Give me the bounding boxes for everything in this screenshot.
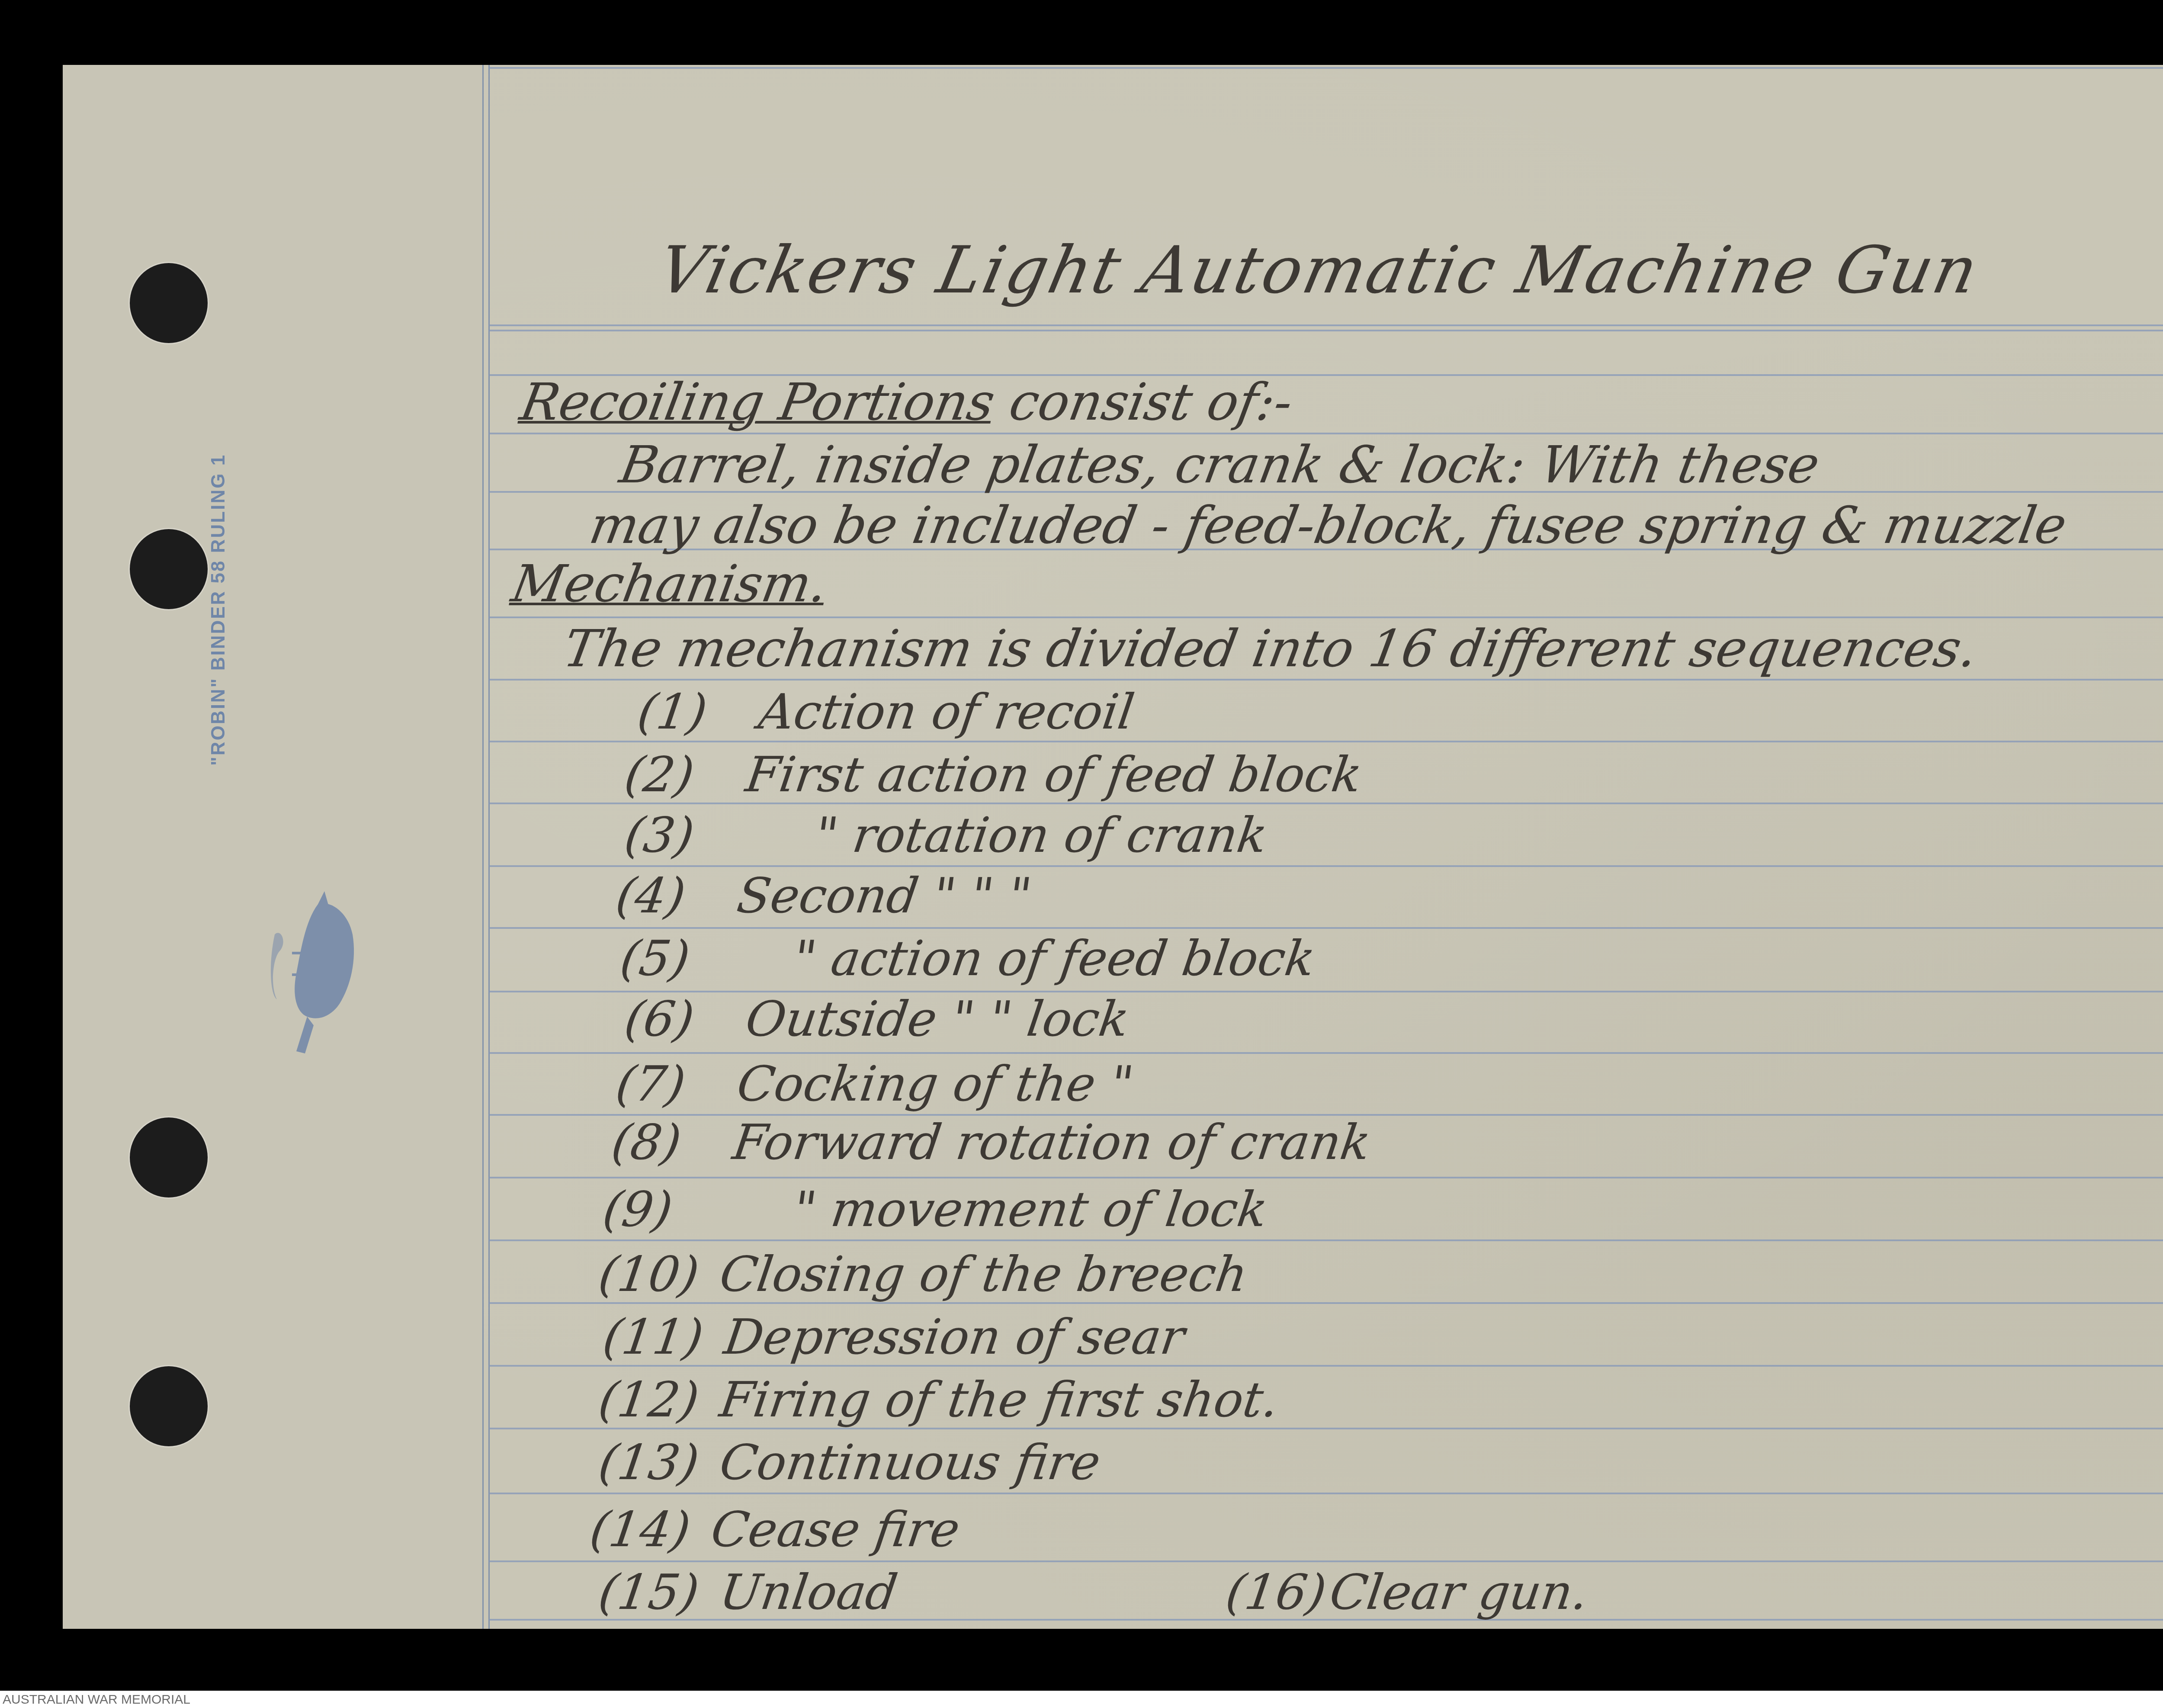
sequence-item: (16)Clear gun. xyxy=(1223,1568,1591,1617)
recoiling-heading-line: Recoiling Portions consist of:- xyxy=(517,376,1297,427)
rule-line xyxy=(489,1177,2163,1178)
sequence-item: (11)Depression of sear xyxy=(600,1313,1187,1361)
sequence-item: (7)Cocking of the " xyxy=(613,1060,1136,1108)
sequence-item: (13)Continuous fire xyxy=(596,1438,1103,1487)
rule-line xyxy=(489,741,2163,742)
rule-line xyxy=(489,1052,2163,1054)
notebook-page: "ROBIN" BINDER 58 RULING 1 Vickers Light… xyxy=(63,65,2163,1629)
document-title: Vickers Light Automatic Machine Gun xyxy=(653,238,1985,303)
institution-label: AUSTRALIAN WAR MEMORIAL xyxy=(3,1692,190,1707)
sequence-item: (12)Firing of the first shot. xyxy=(596,1376,1282,1424)
rule-line xyxy=(489,616,2163,618)
punch-hole xyxy=(130,529,208,609)
sequence-item: (9)" movement of lock xyxy=(600,1185,1271,1234)
sequence-item: (5)" action of feed block xyxy=(617,934,1318,983)
sequence-item: (1)Action of recoil xyxy=(635,688,1137,736)
robin-bird-icon xyxy=(266,887,379,1069)
header-rule xyxy=(489,330,2163,331)
archive-footer: AUSTRALIAN WAR MEMORIAL AWM2019.22.242 xyxy=(0,1691,2163,1708)
mechanism-heading: Mechanism. xyxy=(508,558,832,609)
recoiling-line-1: Barrel, inside plates, crank & lock: Wit… xyxy=(616,439,1823,490)
punch-hole xyxy=(130,1366,208,1446)
margin-line xyxy=(482,65,484,1629)
rule-line xyxy=(489,679,2163,681)
rule-line xyxy=(489,927,2163,929)
mechanism-intro: The mechanism is divided into 16 differe… xyxy=(560,623,1982,674)
sequence-item: (10)Closing of the breech xyxy=(596,1250,1251,1299)
sequence-item: (8)Forward rotation of crank xyxy=(609,1118,1374,1167)
paper-imprint: "ROBIN" BINDER 58 RULING 1 xyxy=(208,454,229,766)
rule-line xyxy=(489,433,2163,434)
rule-line xyxy=(489,1560,2163,1562)
sequence-item: (14)Cease fire xyxy=(587,1506,963,1554)
recoiling-heading-suffix: consist of:- xyxy=(989,372,1297,432)
punch-hole xyxy=(130,1117,208,1198)
sequence-item: (4)Second " " " xyxy=(613,872,1034,920)
header-rule xyxy=(489,324,2163,326)
header-rule xyxy=(489,67,2163,69)
rule-line xyxy=(489,1239,2163,1241)
sequence-item: (15)Unload xyxy=(596,1568,900,1617)
sequence-item: (3)" rotation of crank xyxy=(622,811,1270,860)
rule-line xyxy=(489,1493,2163,1494)
margin-line xyxy=(488,65,490,1629)
rule-line xyxy=(489,865,2163,867)
punch-hole xyxy=(130,263,208,343)
rule-line xyxy=(489,991,2163,992)
binding-margin xyxy=(63,65,482,1629)
sequence-item: (6)Outside " " lock xyxy=(622,995,1132,1043)
recoiling-line-2: may also be included - feed-block, fusee… xyxy=(586,500,2070,551)
recoiling-heading: Recoiling Portions xyxy=(516,372,999,432)
sequence-item: (2)First action of feed block xyxy=(622,751,1365,799)
